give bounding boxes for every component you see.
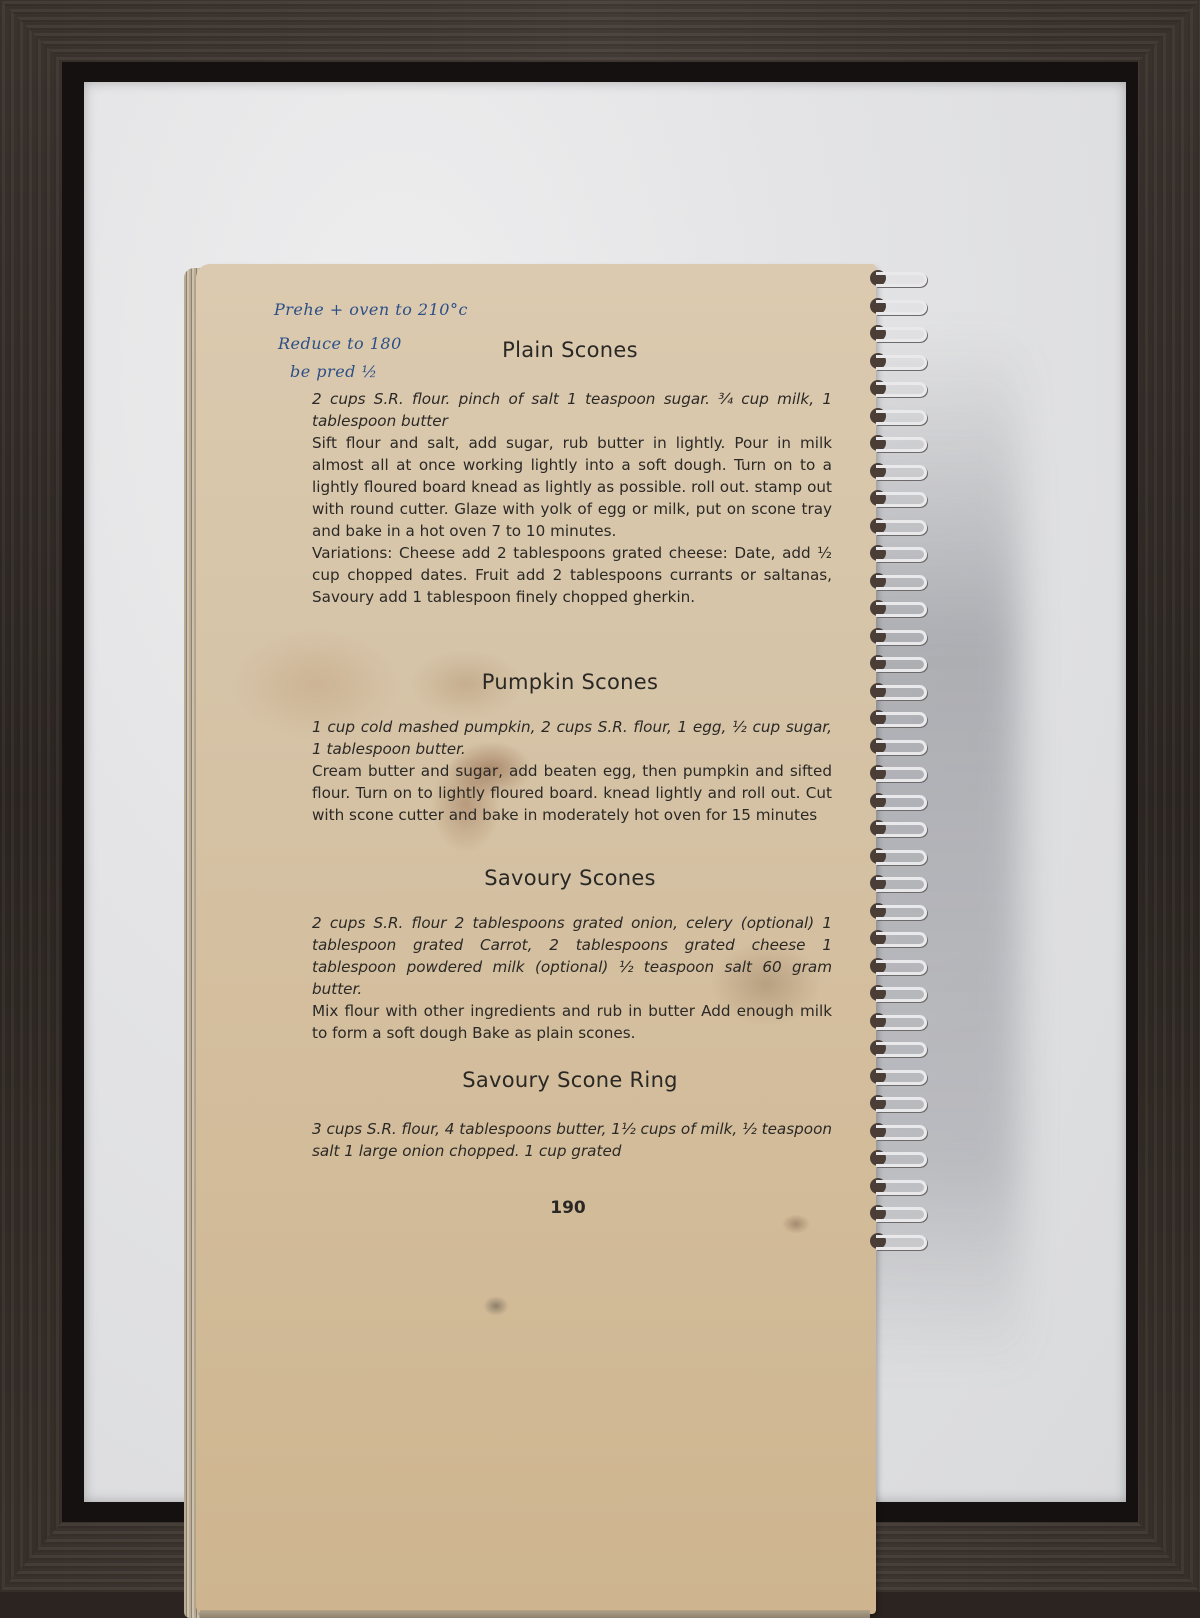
spiral-coil bbox=[866, 410, 930, 422]
wire-loop bbox=[876, 905, 927, 920]
spiral-coil bbox=[866, 905, 930, 917]
wire-loop bbox=[876, 712, 927, 727]
spiral-coil bbox=[866, 1097, 930, 1109]
wire-loop bbox=[876, 1207, 927, 1222]
spiral-coil bbox=[866, 355, 930, 367]
wire-loop bbox=[876, 822, 927, 837]
spiral-coil bbox=[866, 657, 930, 669]
spiral-coil bbox=[866, 850, 930, 862]
spiral-coil bbox=[866, 822, 930, 834]
spiral-coil bbox=[866, 547, 930, 559]
wire-loop bbox=[876, 1125, 927, 1140]
spiral-coil bbox=[866, 767, 930, 779]
wire-loop bbox=[876, 1070, 927, 1085]
recipe-method: Sift flour and salt, add sugar, rub butt… bbox=[312, 432, 832, 542]
wire-loop bbox=[876, 1152, 927, 1167]
spiral-coil bbox=[866, 877, 930, 889]
frame-top-rail bbox=[0, 0, 1200, 62]
recipe-variations: Variations: Cheese add 2 tablespoons gra… bbox=[312, 542, 832, 608]
recipe-method: Cream butter and sugar, add beaten egg, … bbox=[312, 760, 832, 826]
wire-loop bbox=[876, 795, 927, 810]
recipe-title-savoury-scones: Savoury Scones bbox=[200, 866, 940, 890]
spiral-coil bbox=[866, 987, 930, 999]
wire-loop bbox=[876, 767, 927, 782]
recipe-ingredients: 3 cups S.R. flour, 4 tablespoons butter,… bbox=[312, 1118, 832, 1162]
spiral-coil bbox=[866, 740, 930, 752]
wire-loop bbox=[876, 575, 927, 590]
recipe-method: Mix flour with other ingredients and rub… bbox=[312, 1000, 832, 1044]
wire-loop bbox=[876, 1235, 927, 1250]
recipe-ingredients: 1 cup cold mashed pumpkin, 2 cups S.R. f… bbox=[312, 716, 832, 760]
spiral-coil bbox=[866, 1015, 930, 1027]
wire-loop bbox=[876, 960, 927, 975]
wire-loop bbox=[876, 685, 927, 700]
spiral-coil bbox=[866, 327, 930, 339]
recipe-title-savoury-scone-ring: Savoury Scone Ring bbox=[200, 1068, 940, 1092]
wire-loop bbox=[876, 272, 927, 287]
spiral-coil bbox=[866, 685, 930, 697]
spiral-coil bbox=[866, 492, 930, 504]
wire-loop bbox=[876, 465, 927, 480]
spiral-coil bbox=[866, 1207, 930, 1219]
wire-loop bbox=[876, 630, 927, 645]
wire-loop bbox=[876, 547, 927, 562]
spiral-coil bbox=[866, 1125, 930, 1137]
wire-loop bbox=[876, 355, 927, 370]
spiral-coil bbox=[866, 465, 930, 477]
spiral-coil bbox=[866, 300, 930, 312]
spiral-coil bbox=[866, 960, 930, 972]
recipe-body-savoury-scone-ring: 3 cups S.R. flour, 4 tablespoons butter,… bbox=[312, 1118, 832, 1162]
spiral-coil bbox=[866, 1235, 930, 1247]
spiral-coil bbox=[866, 272, 930, 284]
spiral-coil bbox=[866, 1070, 930, 1082]
recipe-title-pumpkin-scones: Pumpkin Scones bbox=[200, 670, 940, 694]
handwritten-note-period: be pred ½ bbox=[290, 362, 378, 381]
spiral-binding bbox=[866, 272, 936, 1292]
recipe-body-savoury-scones: 2 cups S.R. flour 2 tablespoons grated o… bbox=[312, 912, 832, 1044]
spiral-coil bbox=[866, 1180, 930, 1192]
spiral-coil bbox=[866, 602, 930, 614]
wire-loop bbox=[876, 520, 927, 535]
wire-loop bbox=[876, 1180, 927, 1195]
wire-loop bbox=[876, 740, 927, 755]
recipe-title-plain-scones: Plain Scones bbox=[200, 338, 940, 362]
page-number: 190 bbox=[546, 1198, 590, 1218]
wire-loop bbox=[876, 410, 927, 425]
wire-loop bbox=[876, 657, 927, 672]
wire-loop bbox=[876, 300, 927, 315]
wire-loop bbox=[876, 492, 927, 507]
spiral-coil bbox=[866, 795, 930, 807]
spiral-coil bbox=[866, 1152, 930, 1164]
recipe-body-pumpkin-scones: 1 cup cold mashed pumpkin, 2 cups S.R. f… bbox=[312, 716, 832, 826]
spiral-coil bbox=[866, 382, 930, 394]
spiral-coil bbox=[866, 520, 930, 532]
wire-loop bbox=[876, 1097, 927, 1112]
wire-loop bbox=[876, 1015, 927, 1030]
wire-loop bbox=[876, 932, 927, 947]
spiral-coil bbox=[866, 630, 930, 642]
recipe-ingredients: 2 cups S.R. flour. pinch of salt 1 teasp… bbox=[312, 388, 832, 432]
wire-loop bbox=[876, 1042, 927, 1057]
wire-loop bbox=[876, 850, 927, 865]
wire-loop bbox=[876, 437, 927, 452]
spiral-coil bbox=[866, 1042, 930, 1054]
spiral-coil bbox=[866, 932, 930, 944]
wire-loop bbox=[876, 987, 927, 1002]
wire-loop bbox=[876, 602, 927, 617]
spiral-coil bbox=[866, 437, 930, 449]
wire-loop bbox=[876, 327, 927, 342]
spiral-coil bbox=[866, 712, 930, 724]
handwritten-note-preheat: Prehe + oven to 210°c bbox=[274, 300, 468, 319]
recipe-ingredients: 2 cups S.R. flour 2 tablespoons grated o… bbox=[312, 912, 832, 1000]
spiral-coil bbox=[866, 575, 930, 587]
wire-loop bbox=[876, 877, 927, 892]
wire-loop bbox=[876, 382, 927, 397]
recipe-body-plain-scones: 2 cups S.R. flour. pinch of salt 1 teasp… bbox=[312, 388, 832, 608]
